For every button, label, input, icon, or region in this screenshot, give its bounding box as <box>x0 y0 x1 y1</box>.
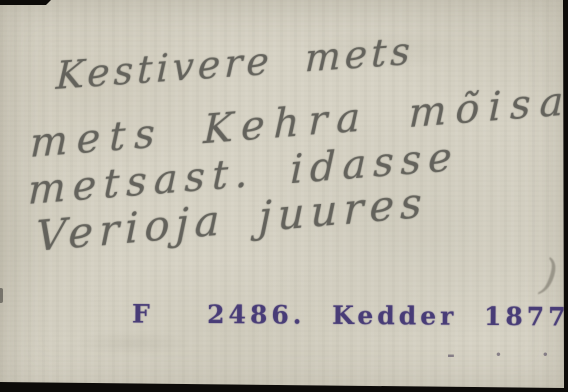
scanned-archive-card: Kestivere mets mets Kehra mõisa metsast.… <box>0 0 568 392</box>
paper-smudge <box>72 330 192 356</box>
pencil-parenthesis-mark: ) <box>538 249 560 300</box>
handwriting-line-1: Kestivere mets <box>55 29 414 98</box>
archive-stamp-text: F 2486. Kedder 1877 <box>132 299 568 331</box>
stamp-dash-dot-marks: - · · <box>447 344 558 366</box>
paper-card: Kestivere mets mets Kehra mõisa metsast.… <box>0 0 568 392</box>
left-edge-mark <box>0 288 3 303</box>
